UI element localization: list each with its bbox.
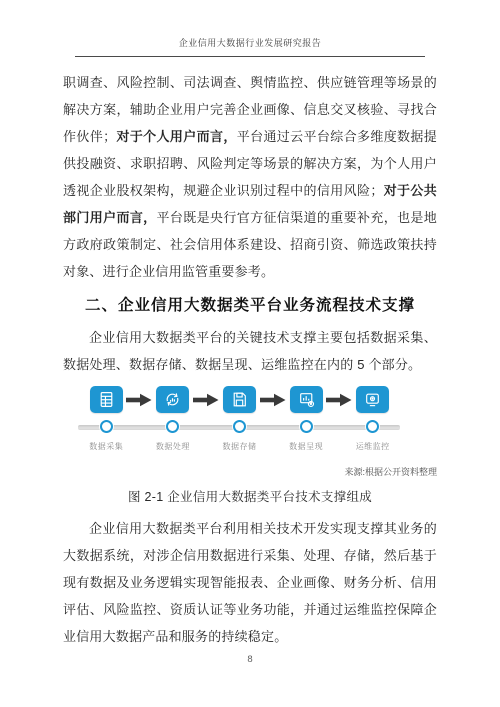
running-header-title: 企业信用大数据行业发展研究报告	[179, 38, 322, 48]
flow-step-label: 运维监控	[339, 441, 406, 452]
flow-arrow-icon	[260, 393, 286, 407]
page-footer: 8	[0, 649, 500, 667]
timeline-track-row	[73, 420, 406, 435]
paragraph-1: 职调查、风险控制、司法调查、舆情监控、供应链管理等场景的解决方案，辅助企业用户完…	[63, 69, 437, 285]
flow-arrow-icon	[326, 393, 352, 407]
flow-step-label: 数据处理	[140, 441, 207, 452]
flow-arrow-icon	[126, 393, 152, 407]
paragraph-2: 企业信用大数据类平台的关键技术支撑主要包括数据采集、数据处理、数据存储、数据呈现…	[63, 324, 437, 378]
data-storage-icon	[223, 386, 256, 413]
running-header: 企业信用大数据行业发展研究报告	[0, 0, 500, 57]
figure-source: 来源:根据公开资料整理	[63, 465, 437, 478]
figure-caption: 图 2-1 企业信用大数据类平台技术支撑组成	[63, 487, 437, 505]
tech-flow-diagram: 数据采集 数据处理 数据存储 数据呈现 运维监控	[73, 386, 406, 452]
section-heading: 二、企业信用大数据类平台业务流程技术支撑	[63, 295, 437, 317]
flow-step-label: 数据存储	[206, 441, 273, 452]
flow-step-label: 数据采集	[73, 441, 140, 452]
flow-label-row: 数据采集 数据处理 数据存储 数据呈现 运维监控	[73, 441, 406, 452]
timeline-node-icon	[366, 420, 379, 433]
timeline-node-icon	[166, 420, 179, 433]
page-number: 8	[247, 654, 252, 665]
data-processing-icon	[156, 386, 189, 413]
header-rule	[75, 56, 425, 57]
data-collection-icon	[90, 386, 123, 413]
paragraph-1-seg-2-bold: 对于个人用户而言，	[116, 129, 236, 144]
timeline-node-icon	[233, 420, 246, 433]
timeline-nodes	[73, 420, 406, 433]
page-content: 职调查、风险控制、司法调查、舆情监控、供应链管理等场景的解决方案，辅助企业用户完…	[63, 69, 437, 650]
flow-arrow-icon	[193, 393, 219, 407]
timeline-node-icon	[300, 420, 313, 433]
data-presentation-icon	[290, 386, 323, 413]
ops-monitoring-icon	[356, 386, 389, 413]
paragraph-3: 企业信用大数据类平台利用相关技术开发实现支撑其业务的大数据系统，对涉企信用数据进…	[63, 515, 437, 650]
report-page: { "header": { "title": "企业信用大数据行业发展研究报告"…	[0, 0, 500, 707]
flow-icon-row	[73, 386, 406, 413]
flow-step-label: 数据呈现	[273, 441, 340, 452]
timeline-node-icon	[100, 420, 113, 433]
